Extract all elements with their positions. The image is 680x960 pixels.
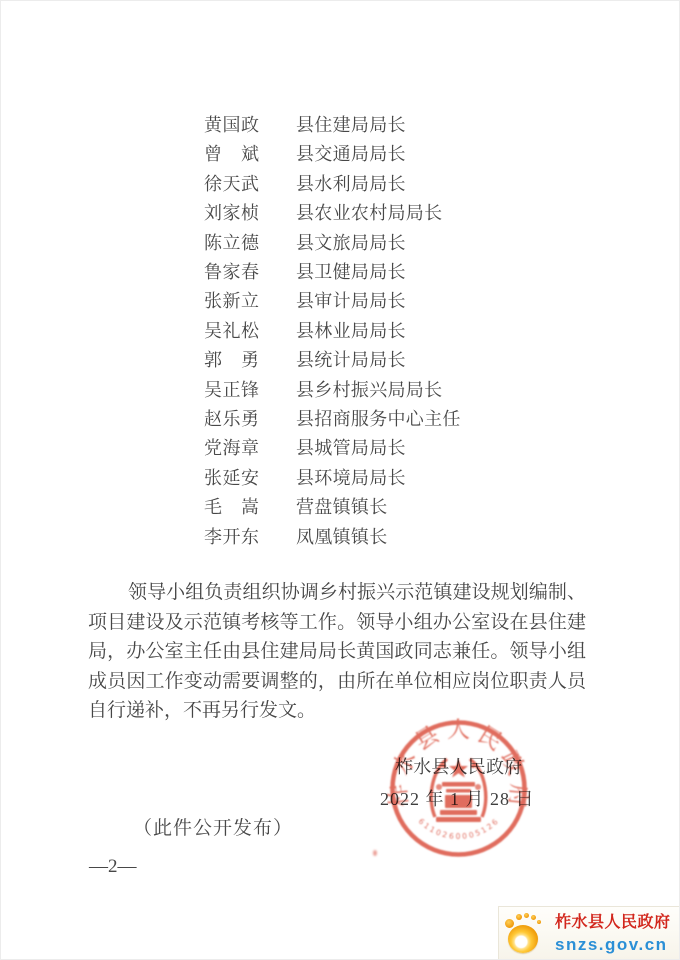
roster-row: 张延安县环境局局长 xyxy=(204,464,461,493)
document-page: 黄国政县住建局局长 曾 斌县交通局局长 徐天武县水利局局长 刘家桢县农业农村局局… xyxy=(0,0,680,960)
member-title: 县农业农村局局长 xyxy=(296,199,442,228)
member-title: 县环境局局长 xyxy=(296,464,406,493)
member-title: 县文旅局局长 xyxy=(296,229,406,258)
member-name: 鲁家春 xyxy=(204,258,296,287)
member-name: 郭 勇 xyxy=(204,346,296,375)
roster-row: 吴礼松县林业局局长 xyxy=(204,317,461,346)
page-number: —2— xyxy=(89,856,137,878)
member-title: 县卫健局局长 xyxy=(296,258,406,287)
member-name: 徐天武 xyxy=(204,170,296,199)
member-name: 赵乐勇 xyxy=(204,405,296,434)
member-title: 县城管局局长 xyxy=(296,434,406,463)
member-name: 陈立德 xyxy=(204,229,296,258)
member-name: 刘家桢 xyxy=(204,199,296,228)
national-emblem-icon xyxy=(431,759,486,822)
roster-row: 李开东凤凰镇镇长 xyxy=(204,523,461,552)
leadership-roster: 黄国政县住建局局长 曾 斌县交通局局长 徐天武县水利局局长 刘家桢县农业农村局局… xyxy=(204,111,461,552)
member-title: 县统计局局长 xyxy=(296,346,406,375)
footer-site-url[interactable]: snzs.gov.cn xyxy=(555,936,671,953)
roster-row: 陈立德县文旅局局长 xyxy=(204,229,461,258)
member-name: 党海章 xyxy=(204,434,296,463)
member-title: 县林业局局长 xyxy=(296,317,406,346)
member-name: 张延安 xyxy=(204,464,296,493)
roster-row: 赵乐勇县招商服务中心主任 xyxy=(204,405,461,434)
member-title: 县住建局局长 xyxy=(296,111,406,140)
member-title: 凤凰镇镇长 xyxy=(296,523,388,552)
roster-row: 张新立县审计局局长 xyxy=(204,287,461,316)
member-name: 张新立 xyxy=(204,287,296,316)
member-title: 县交通局局长 xyxy=(296,140,406,169)
seal-ink-speck xyxy=(373,850,377,856)
member-title: 县乡村振兴局局长 xyxy=(296,376,442,405)
roster-row: 郭 勇县统计局局长 xyxy=(204,346,461,375)
member-name: 毛 嵩 xyxy=(204,493,296,522)
roster-row: 徐天武县水利局局长 xyxy=(204,170,461,199)
roster-row: 黄国政县住建局局长 xyxy=(204,111,461,140)
roster-row: 毛 嵩营盘镇镇长 xyxy=(204,493,461,522)
member-title: 县招商服务中心主任 xyxy=(296,405,461,434)
member-name: 吴礼松 xyxy=(204,317,296,346)
roster-row: 党海章县城管局局长 xyxy=(204,434,461,463)
footer-brand-box[interactable]: 柞水县人民政府 snzs.gov.cn xyxy=(498,906,680,960)
public-release-note: （此件公开发布） xyxy=(133,813,293,840)
roster-row: 刘家桢县农业农村局局长 xyxy=(204,199,461,228)
roster-row: 吴正锋县乡村振兴局局长 xyxy=(204,376,461,405)
paw-print-icon xyxy=(504,912,548,956)
roster-row: 鲁家春县卫健局局长 xyxy=(204,258,461,287)
body-paragraph: 领导小组负责组织协调乡村振兴示范镇建设规划编制、项目建设及示范镇考核等工作。领导… xyxy=(88,578,586,726)
member-title: 县水利局局长 xyxy=(296,170,406,199)
member-name: 曾 斌 xyxy=(204,140,296,169)
roster-row: 曾 斌县交通局局长 xyxy=(204,140,461,169)
member-name: 吴正锋 xyxy=(204,376,296,405)
member-name: 黄国政 xyxy=(204,111,296,140)
official-seal: 柞水县人民政府 6110260005126 xyxy=(387,717,530,860)
member-name: 李开东 xyxy=(204,523,296,552)
member-title: 县审计局局长 xyxy=(296,287,406,316)
member-title: 营盘镇镇长 xyxy=(296,493,388,522)
footer-site-name: 柞水县人民政府 xyxy=(555,915,671,931)
